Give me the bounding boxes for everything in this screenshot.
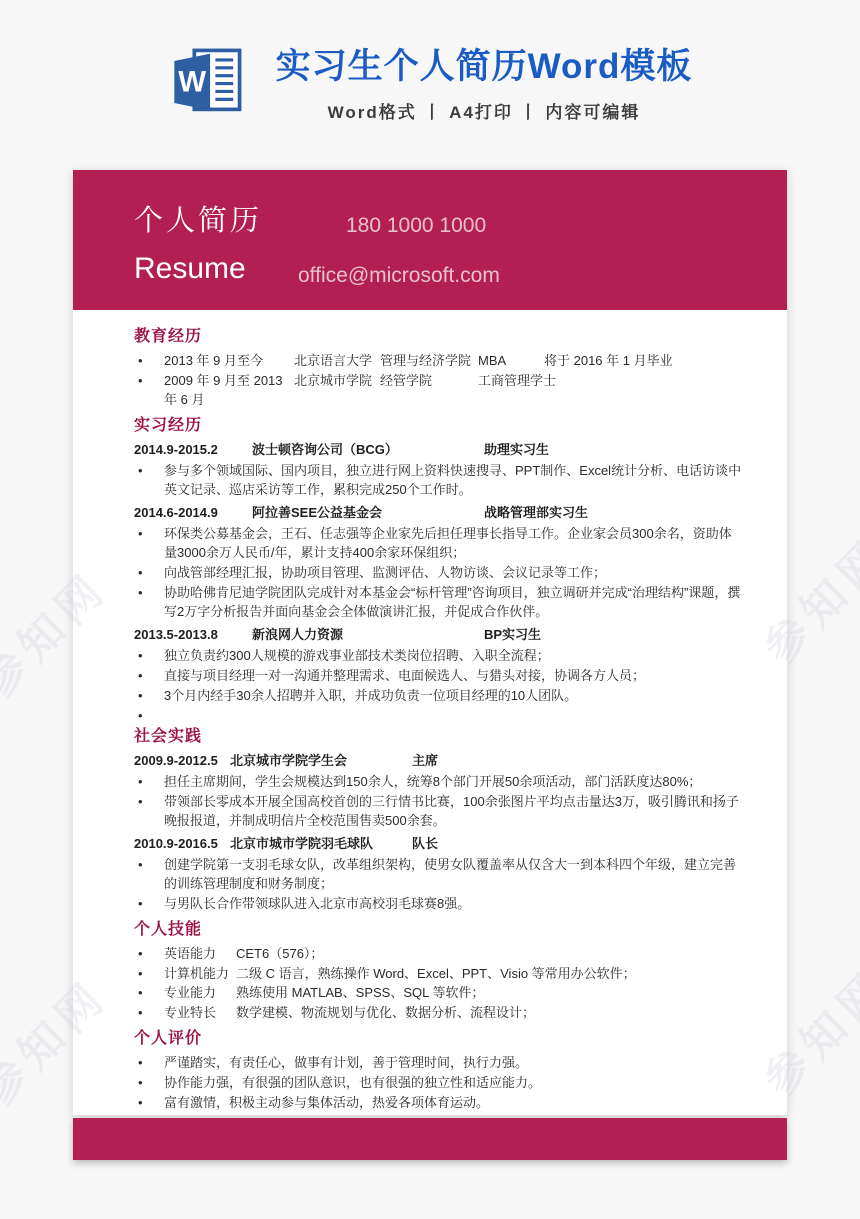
edu-cell: MBA xyxy=(478,351,544,370)
bullet-text: 协助哈佛肯尼迪学院团队完成针对本基金会“标杆管理”咨询项目，独立调研并完成“治理… xyxy=(164,583,742,621)
edu-cell: 2009 年 9 月至 2013 年 6 月 xyxy=(164,371,294,409)
bullet-text: 独立负责约300人规模的游戏事业部技术类岗位招聘、入职全流程； xyxy=(164,646,742,665)
bullet-dot: • xyxy=(134,563,164,582)
resume-preview-card[interactable]: 个人简历 Resume 180 1000 1000 office@microso… xyxy=(73,170,787,1115)
role-title: 主席 xyxy=(412,751,438,770)
section-social: 社会实践2009.9-2012.5北京城市学院学生会主席•担任主席期间，学生会规… xyxy=(134,728,742,913)
bullet-text: 协作能力强，有很强的团队意识，也有很强的独立性和适应能力。 xyxy=(164,1073,742,1092)
bullet-text: 3个月内经手30余人招聘并入职，并成功负责一位项目经理的10人团队。 xyxy=(164,686,742,705)
section-evaluation: 个人评价•严谨踏实，有责任心，做事有计划，善于管理时间，执行力强。•协作能力强，… xyxy=(134,1030,742,1112)
role-entry: 2013.5-2013.8新浪网人力资源BP实习生 xyxy=(134,625,742,644)
bullet-text: 环保类公募基金会，王石、任志强等企业家先后担任理事长指导工作。企业家会员300余… xyxy=(164,524,742,562)
page-header: W 实习生个人简历Word模板 Word格式 丨 A4打印 丨 内容可编辑 xyxy=(0,0,860,132)
bullet-dot: • xyxy=(134,1073,164,1092)
edu-cell: 北京城市学院 xyxy=(294,371,380,409)
bullet-item: •独立负责约300人规模的游戏事业部技术类岗位招聘、入职全流程； xyxy=(134,646,742,665)
phone-number: 180 1000 1000 xyxy=(346,214,486,238)
skill-item: •英语能力CET6（576）； xyxy=(134,944,742,963)
bullet-text xyxy=(164,706,742,720)
skill-text: CET6（576）； xyxy=(236,944,742,963)
bullet-item: • xyxy=(134,706,742,720)
role-org: 阿拉善SEE公益基金会 xyxy=(252,503,484,522)
bullet-item: •环保类公募基金会，王石、任志强等企业家先后担任理事长指导工作。企业家会员300… xyxy=(134,524,742,562)
edu-entry: •2013 年 9 月至今北京语言大学管理与经济学院MBA将于 2016 年 1… xyxy=(134,351,742,370)
section-education: 教育经历•2013 年 9 月至今北京语言大学管理与经济学院MBA将于 2016… xyxy=(134,328,742,409)
bullet-item: •参与多个领域国际、国内项目，独立进行网上资料快速搜寻、PPT制作、Excel统… xyxy=(134,461,742,499)
bullet-dot: • xyxy=(134,772,164,791)
bullet-item: •创建学院第一支羽毛球女队，改革组织架构，使男女队覆盖率从仅含大一到本科四个年级… xyxy=(134,855,742,893)
role-entry: 2014.9-2015.2波士顿咨询公司（BCG）助理实习生 xyxy=(134,440,742,459)
bullet-text: 创建学院第一支羽毛球女队，改革组织架构，使男女队覆盖率从仅含大一到本科四个年级，… xyxy=(164,855,742,893)
bullet-dot: • xyxy=(134,855,164,893)
bullet-item: •直接与项目经理一对一沟通并整理需求、电面候选人、与猎头对接，协调各方人员； xyxy=(134,666,742,685)
bullet-text: 与男队长合作带领球队进入北京市高校羽毛球赛8强。 xyxy=(164,894,742,913)
bullet-text: 担任主席期间，学生会规模达到150余人，统筹8个部门开展50余项活动，部门活跃度… xyxy=(164,772,742,791)
bullet-text: 严谨踏实，有责任心，做事有计划，善于管理时间，执行力强。 xyxy=(164,1053,742,1072)
bullet-item: •带领部长零成本开展全国高校首创的三行情书比赛，100余张图片平均点击量达3万，… xyxy=(134,792,742,830)
edu-cell: 2013 年 9 月至今 xyxy=(164,351,294,370)
role-org: 波士顿咨询公司（BCG） xyxy=(252,440,484,459)
bullet-text: 向战管部经理汇报，协助项目管理、监测评估、人物访谈、会议记录等工作； xyxy=(164,563,742,582)
bullet-dot: • xyxy=(134,792,164,830)
role-title: 队长 xyxy=(412,834,438,853)
section-heading: 个人评价 xyxy=(134,1030,742,1048)
bullet-text: 直接与项目经理一对一沟通并整理需求、电面候选人、与猎头对接，协调各方人员； xyxy=(164,666,742,685)
bullet-dot: • xyxy=(134,964,164,983)
skill-text: 数学建模、物流规划与优化、数据分析、流程设计； xyxy=(236,1003,742,1022)
bullet-item: •担任主席期间，学生会规模达到150余人，统筹8个部门开展50余项活动，部门活跃… xyxy=(134,772,742,791)
skill-item: •计算机能力二级 C 语言，熟练操作 Word、Excel、PPT、Visio … xyxy=(134,964,742,983)
bullet-dot: • xyxy=(134,686,164,705)
edu-cell: 管理与经济学院 xyxy=(380,351,478,370)
bullet-item: •与男队长合作带领球队进入北京市高校羽毛球赛8强。 xyxy=(134,894,742,913)
bullet-text: 参与多个领域国际、国内项目，独立进行网上资料快速搜寻、PPT制作、Excel统计… xyxy=(164,461,742,499)
section-skills: 个人技能•英语能力CET6（576）；•计算机能力二级 C 语言，熟练操作 Wo… xyxy=(134,921,742,1022)
role-title: 战略管理部实习生 xyxy=(484,503,588,522)
skill-item: •专业能力熟练使用 MATLAB、SPSS、SQL 等软件； xyxy=(134,983,742,1002)
role-date: 2013.5-2013.8 xyxy=(134,625,252,644)
skill-label: 专业能力 xyxy=(164,983,236,1002)
bullet-dot: • xyxy=(134,1003,164,1022)
role-entry: 2010.9-2016.5北京市城市学院羽毛球队队长 xyxy=(134,834,742,853)
bullet-dot: • xyxy=(134,583,164,621)
bullet-dot: • xyxy=(134,1093,164,1112)
role-org: 新浪网人力资源 xyxy=(252,625,484,644)
role-org: 北京市城市学院羽毛球队 xyxy=(230,834,412,853)
email-address: office@microsoft.com xyxy=(298,264,500,288)
edu-cell: 将于 2016 年 1 月毕业 xyxy=(544,351,742,370)
page-subtitle: Word格式 丨 A4打印 丨 内容可编辑 xyxy=(276,98,693,123)
resume-body: 教育经历•2013 年 9 月至今北京语言大学管理与经济学院MBA将于 2016… xyxy=(73,310,787,1115)
bullet-dot: • xyxy=(134,461,164,499)
skill-item: •专业特长数学建模、物流规划与优化、数据分析、流程设计； xyxy=(134,1003,742,1022)
section-heading: 社会实践 xyxy=(134,728,742,746)
bullet-item: •向战管部经理汇报，协助项目管理、监测评估、人物访谈、会议记录等工作； xyxy=(134,563,742,582)
bullet-dot: • xyxy=(134,524,164,562)
role-entry: 2014.6-2014.9阿拉善SEE公益基金会战略管理部实习生 xyxy=(134,503,742,522)
resume-header: 个人简历 Resume 180 1000 1000 office@microso… xyxy=(73,170,787,310)
section-heading: 个人技能 xyxy=(134,921,742,939)
edu-cell: 工商管理学士 xyxy=(478,371,566,409)
bullet-dot: • xyxy=(134,351,164,370)
role-date: 2014.9-2015.2 xyxy=(134,440,252,459)
resume-title-en: Resume xyxy=(134,252,246,286)
bullet-dot: • xyxy=(134,371,164,409)
skill-text: 熟练使用 MATLAB、SPSS、SQL 等软件； xyxy=(236,983,742,1002)
page-title: 实习生个人简历Word模板 xyxy=(276,48,693,87)
bullet-dot: • xyxy=(134,646,164,665)
word-file-icon: W xyxy=(168,42,248,127)
edu-entry: •2009 年 9 月至 2013 年 6 月北京城市学院经管学院工商管理学士 xyxy=(134,371,742,409)
section-heading: 实习经历 xyxy=(134,417,742,435)
skill-text: 二级 C 语言，熟练操作 Word、Excel、PPT、Visio 等常用办公软… xyxy=(236,964,742,983)
edu-cell: 北京语言大学 xyxy=(294,351,380,370)
bullet-text: 带领部长零成本开展全国高校首创的三行情书比赛，100余张图片平均点击量达3万，吸… xyxy=(164,792,742,830)
skill-label: 专业特长 xyxy=(164,1003,236,1022)
bullet-dot: • xyxy=(134,944,164,963)
skill-label: 英语能力 xyxy=(164,944,236,963)
bullet-item: •严谨踏实，有责任心，做事有计划，善于管理时间，执行力强。 xyxy=(134,1053,742,1072)
footer-accent-bar xyxy=(73,1118,787,1160)
skill-label: 计算机能力 xyxy=(164,964,236,983)
edu-cell: 经管学院 xyxy=(380,371,478,409)
bullet-item: •协助哈佛肯尼迪学院团队完成针对本基金会“标杆管理”咨询项目，独立调研并完成“治… xyxy=(134,583,742,621)
role-date: 2009.9-2012.5 xyxy=(134,751,230,770)
bullet-dot: • xyxy=(134,1053,164,1072)
resume-title-cn: 个人简历 xyxy=(134,198,262,239)
svg-text:W: W xyxy=(178,65,206,98)
bullet-item: •协作能力强，有很强的团队意识，也有很强的独立性和适应能力。 xyxy=(134,1073,742,1092)
role-title: BP实习生 xyxy=(484,625,541,644)
bullet-dot: • xyxy=(134,983,164,1002)
bullet-dot: • xyxy=(134,706,164,720)
section-heading: 教育经历 xyxy=(134,328,742,346)
bullet-item: •富有激情，积极主动参与集体活动，热爱各项体育运动。 xyxy=(134,1093,742,1112)
bullet-item: •3个月内经手30余人招聘并入职，并成功负责一位项目经理的10人团队。 xyxy=(134,686,742,705)
bullet-dot: • xyxy=(134,894,164,913)
role-date: 2010.9-2016.5 xyxy=(134,834,230,853)
role-org: 北京城市学院学生会 xyxy=(230,751,412,770)
role-date: 2014.6-2014.9 xyxy=(134,503,252,522)
role-title: 助理实习生 xyxy=(484,440,549,459)
role-entry: 2009.9-2012.5北京城市学院学生会主席 xyxy=(134,751,742,770)
bullet-text: 富有激情，积极主动参与集体活动，热爱各项体育运动。 xyxy=(164,1093,742,1112)
section-internship: 实习经历2014.9-2015.2波士顿咨询公司（BCG）助理实习生•参与多个领… xyxy=(134,417,742,720)
bullet-dot: • xyxy=(134,666,164,685)
